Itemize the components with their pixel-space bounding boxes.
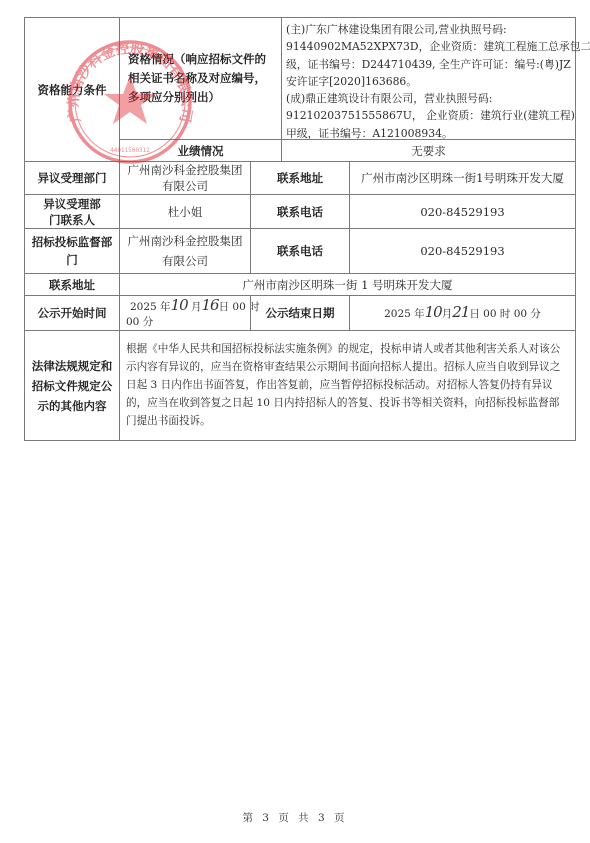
objection-dept-label-text: 异议受理部门 xyxy=(38,169,107,187)
contact-address-label-text: 联系地址 xyxy=(49,276,95,294)
supervision-phone-value: 020-84529193 xyxy=(349,228,576,274)
supervision-phone-value-text: 020-84529193 xyxy=(420,242,504,260)
qualification-label-text: 资格能力条件 xyxy=(38,81,107,99)
publicity-start-line2: 00 分 xyxy=(126,315,244,330)
performance-label-text: 业绩情况 xyxy=(178,142,224,160)
end-year: 2025 年 xyxy=(384,308,425,320)
qualification-sub-label-text: 资格情况（响应招标文件的相关证书名称及对应编号，多项应分别列出） xyxy=(128,50,273,107)
legal-label-text: 法律法规规定和招标文件规定公示的其他内容 xyxy=(29,356,115,416)
start-month-handwritten: 10 xyxy=(171,296,188,314)
contact-address-label: 联系地址 xyxy=(24,273,120,296)
qualification-line: 级，证书编号：D244710439, 全生产许可证：编号:(粤)JZ xyxy=(286,56,571,73)
publicity-end-value: 2025 年10月21日 00 时 00 分 xyxy=(349,295,576,331)
objection-phone-value: 020-84529193 xyxy=(349,194,576,229)
start-day-handwritten: 16 xyxy=(202,296,219,314)
performance-value: 无要求 xyxy=(281,139,576,162)
objection-phone-label: 联系电话 xyxy=(250,194,350,229)
objection-dept-label: 异议受理部门 xyxy=(24,161,120,195)
end-month-handwritten: 10 xyxy=(425,303,442,321)
objection-phone-value-text: 020-84529193 xyxy=(420,203,504,221)
end-month-unit: 月 xyxy=(442,308,453,320)
objection-address-value: 广州市南沙区明珠一街1号明珠开发大厦 xyxy=(349,161,576,195)
legal-label: 法律法规规定和招标文件规定公示的其他内容 xyxy=(24,330,120,441)
publicity-end-text: 2025 年10月21日 00 时 00 分 xyxy=(384,303,541,323)
qualification-line: 安许证字[2020]163686。 xyxy=(286,73,571,90)
start-month-unit: 月 xyxy=(191,301,202,313)
objection-contact-value: 杜小姐 xyxy=(119,194,251,229)
qualification-line: (成)鼎正建筑设计有限公司，营业执照号码: xyxy=(286,90,571,107)
qualification-line: 91210203751555867U， 企业资质：建筑行业(建筑工程) xyxy=(286,107,571,124)
objection-contact-label: 异议受理部门联系人 xyxy=(24,194,120,229)
objection-address-value-text: 广州市南沙区明珠一街1号明珠开发大厦 xyxy=(361,170,564,186)
objection-dept-value: 广州南沙科金控股集团有限公司 xyxy=(119,161,251,195)
objection-contact-label-text: 异议受理部门联系人 xyxy=(39,196,105,228)
supervision-label: 招标投标监督部门 xyxy=(24,228,120,274)
supervision-phone-label-text: 联系电话 xyxy=(277,242,323,260)
supervision-value: 广州南沙科金控股集团有限公司 xyxy=(119,228,251,274)
publicity-start-label: 公示开始时间 xyxy=(24,295,120,331)
qualification-line: (主)广东广林建设集团有限公司,营业执照号码: xyxy=(286,21,571,38)
legal-text-body: 根据《中华人民共和国招标投标法实施条例》的规定，投标申请人或者其他利害关系人对该… xyxy=(126,343,560,427)
page-footer: 第 3 页 共 3 页 xyxy=(0,810,590,825)
contact-address-value-text: 广州市南沙区明珠一街 1 号明珠开发大厦 xyxy=(242,276,452,294)
supervision-value-text: 广州南沙科金控股集团有限公司 xyxy=(124,231,246,271)
objection-phone-label-text: 联系电话 xyxy=(277,203,323,221)
objection-address-label-text: 联系地址 xyxy=(277,169,323,187)
objection-address-label: 联系地址 xyxy=(250,161,350,195)
objection-dept-value-text: 广州南沙科金控股集团有限公司 xyxy=(124,162,246,194)
publicity-end-label-text: 公示结束日期 xyxy=(266,304,335,322)
supervision-phone-label: 联系电话 xyxy=(250,228,350,274)
publicity-start-value: 2025 年10 月16日 00 时 00 分 xyxy=(119,295,251,331)
qualification-row-label: 资格能力条件 xyxy=(24,17,120,162)
end-day-handwritten: 21 xyxy=(452,303,469,321)
publicity-start-label-text: 公示开始时间 xyxy=(38,304,107,322)
legal-text: 根据《中华人民共和国招标投标法实施条例》的规定，投标申请人或者其他利害关系人对该… xyxy=(119,330,576,441)
publicity-end-label: 公示结束日期 xyxy=(250,295,350,331)
qualification-line: 91440902MA52XPX73D，企业资质：建筑工程施工总承包二 xyxy=(286,38,571,55)
qualification-details: (主)广东广林建设集团有限公司,营业执照号码: 91440902MA52XPX7… xyxy=(281,17,576,140)
start-year: 2025 年 xyxy=(130,301,171,313)
supervision-label-text: 招标投标监督部门 xyxy=(29,233,115,269)
qualification-sub-label: 资格情况（响应招标文件的相关证书名称及对应编号，多项应分别列出） xyxy=(119,17,282,140)
publicity-start-line1: 2025 年10 月16日 00 时 xyxy=(126,298,244,315)
document-page: 资格能力条件 资格情况（响应招标文件的相关证书名称及对应编号，多项应分别列出） … xyxy=(0,0,590,843)
performance-label: 业绩情况 xyxy=(119,139,282,162)
objection-contact-value-text: 杜小姐 xyxy=(168,203,203,221)
end-time-rest: 日 00 时 00 分 xyxy=(469,308,541,320)
performance-value-text: 无要求 xyxy=(411,142,446,160)
contact-address-value: 广州市南沙区明珠一街 1 号明珠开发大厦 xyxy=(119,273,576,296)
